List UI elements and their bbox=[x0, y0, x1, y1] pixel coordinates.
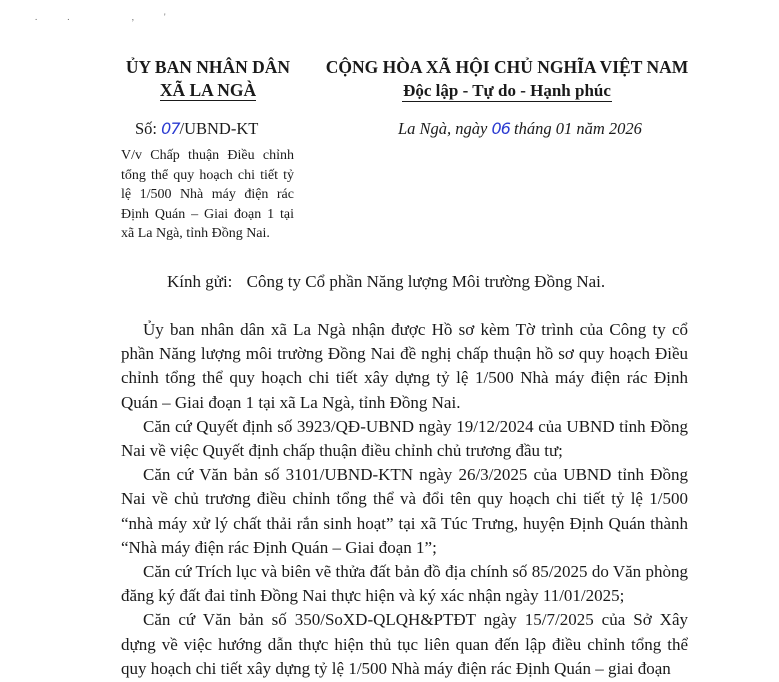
scan-marks: .. ,' bbox=[35, 12, 196, 22]
number-prefix: Số: bbox=[135, 119, 157, 138]
recipient-name: Công ty Cổ phần Năng lượng Môi trường Đồ… bbox=[247, 272, 605, 291]
body-paragraph: Căn cứ Quyết định số 3923/QĐ-UBND ngày 1… bbox=[121, 415, 688, 463]
recipient: Kính gửi: Công ty Cổ phần Năng lượng Môi… bbox=[167, 272, 605, 292]
document-number: Số: 07/UBND-KT bbox=[135, 119, 258, 139]
issuer-line2: XÃ LA NGÀ bbox=[160, 80, 256, 101]
body-paragraph: Căn cứ Văn bản số 350/SoXD-QLQH&PTĐT ngà… bbox=[121, 608, 688, 681]
date-prefix: La Ngà, ngày bbox=[398, 119, 487, 138]
document-date: La Ngà, ngày 06 tháng 01 năm 2026 bbox=[398, 119, 642, 139]
body-paragraph: Ủy ban nhân dân xã La Ngà nhận được Hồ s… bbox=[121, 318, 688, 415]
number-suffix: /UBND-KT bbox=[180, 119, 259, 138]
national-title: CỘNG HÒA XÃ HỘI CHỦ NGHĨA VIỆT NAM bbox=[322, 56, 692, 79]
subject-line: V/v Chấp thuận Điều chỉnh tổng thể quy h… bbox=[121, 146, 294, 244]
handwritten-day: 06 bbox=[492, 119, 510, 138]
document-body: Ủy ban nhân dân xã La Ngà nhận được Hồ s… bbox=[121, 318, 688, 681]
body-paragraph: Căn cứ Trích lục và biên vẽ thửa đất bản… bbox=[121, 560, 688, 608]
date-suffix: tháng 01 năm 2026 bbox=[514, 119, 642, 138]
issuer-line1: ỦY BAN NHÂN DÂN bbox=[118, 56, 298, 79]
issuer-header: ỦY BAN NHÂN DÂN XÃ LA NGÀ bbox=[118, 56, 298, 102]
handwritten-number: 07 bbox=[161, 119, 179, 138]
body-paragraph: Căn cứ Văn bản số 3101/UBND-KTN ngày 26/… bbox=[121, 463, 688, 560]
national-header: CỘNG HÒA XÃ HỘI CHỦ NGHĨA VIỆT NAM Độc l… bbox=[322, 56, 692, 102]
recipient-label: Kính gửi: bbox=[167, 272, 232, 291]
national-motto: Độc lập - Tự do - Hạnh phúc bbox=[402, 81, 612, 102]
document-page: .. ,' ỦY BAN NHÂN DÂN XÃ LA NGÀ CỘNG HÒA… bbox=[0, 0, 779, 682]
